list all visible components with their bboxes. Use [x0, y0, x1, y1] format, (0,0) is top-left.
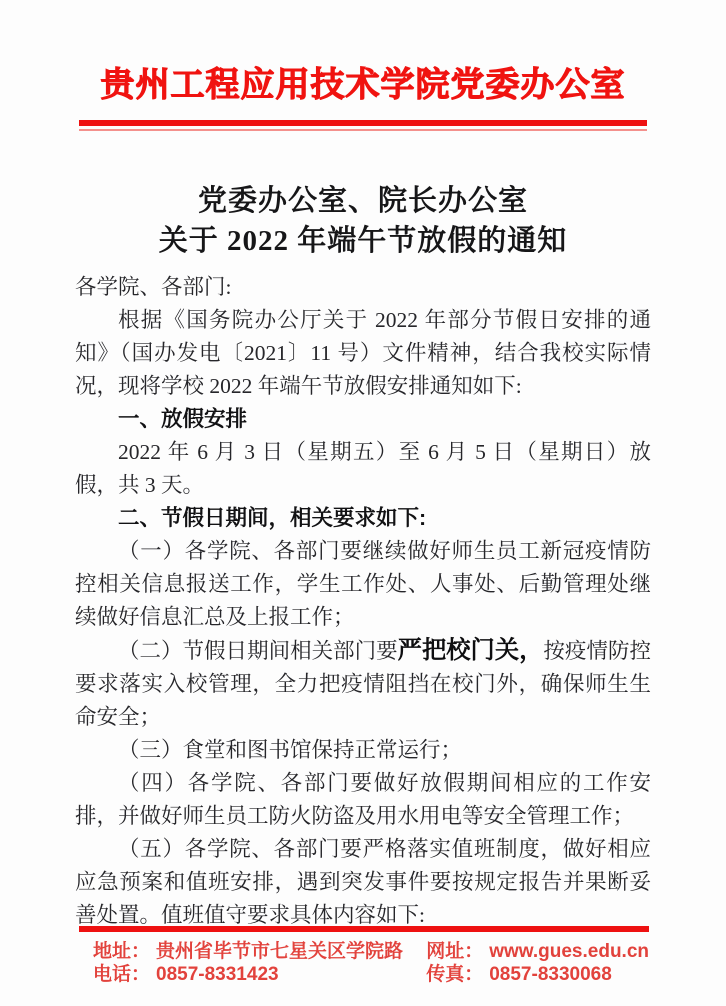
requirement-item-4: （四）各学院、各部门要做好放假期间相应的工作安排，并做好师生员工防火防盗及用水用… — [75, 767, 651, 833]
website-label: 网址： — [426, 941, 483, 962]
letterhead-divider — [79, 120, 647, 131]
section1-text: 2022 年 6 月 3 日（星期五）至 6 月 5 日（星期日）放假，共 3 … — [75, 436, 651, 502]
footer-address-row: 地址：贵州省毕节市七星关区学院路 — [93, 940, 416, 963]
letterhead: 贵州工程应用技术学院党委办公室 — [0, 62, 726, 131]
letterhead-divider-thin-line — [79, 129, 647, 131]
requirement-item-3: （三）食堂和图书馆保持正常运行； — [75, 734, 651, 767]
footer-phone-row: 电话：0857-8331423 — [93, 963, 416, 986]
footer-website-row: 网址：www.gues.edu.cn — [426, 940, 649, 963]
requirement-item-5: （五）各学院、各部门要严格落实值班制度，做好相应应急预案和值班安排，遇到突发事件… — [75, 833, 651, 932]
requirement-item-1: （一）各学院、各部门要继续做好师生员工新冠疫情防控相关信息报送工作，学生工作处、… — [75, 535, 651, 634]
phone-label: 电话： — [93, 964, 150, 985]
document-title: 党委办公室、院长办公室 关于 2022 年端午节放假的通知 — [0, 181, 726, 261]
footer-right-column: 网址：www.gues.edu.cn 传真：0857-8330068 — [426, 940, 649, 986]
document-title-line1: 党委办公室、院长办公室 — [0, 181, 726, 221]
phone-value: 0857-8331423 — [156, 964, 279, 985]
footer-left-column: 地址：贵州省毕节市七星关区学院路 电话：0857-8331423 — [93, 940, 416, 986]
intro-paragraph: 根据《国务院办公厅关于 2022 年部分节假日安排的通知》（国办发电〔2021〕… — [75, 304, 651, 403]
document-title-line2: 关于 2022 年端午节放假的通知 — [0, 221, 726, 261]
fax-value: 0857-8330068 — [489, 964, 612, 985]
footer-divider-line — [79, 926, 649, 932]
footer-contact-block: 地址：贵州省毕节市七星关区学院路 电话：0857-8331423 网址：www.… — [79, 940, 649, 986]
section2-heading: 二、节假日期间，相关要求如下: — [75, 502, 651, 535]
notice-body: 各学院、各部门: 根据《国务院办公厅关于 2022 年部分节假日安排的通知》（国… — [75, 271, 651, 932]
address-label: 地址： — [93, 941, 150, 962]
footer: 地址：贵州省毕节市七星关区学院路 电话：0857-8331423 网址：www.… — [79, 926, 649, 986]
requirement-item-2-prefix: （二）节假日期间相关部门要 — [118, 639, 398, 663]
website-value: www.gues.edu.cn — [489, 941, 649, 962]
salutation: 各学院、各部门: — [75, 271, 651, 304]
document-page: 贵州工程应用技术学院党委办公室 党委办公室、院长办公室 关于 2022 年端午节… — [0, 0, 726, 1006]
requirement-item-2: （二）节假日期间相关部门要严把校门关，按疫情防控要求落实入校管理，全力把疫情阻挡… — [75, 634, 651, 734]
footer-fax-row: 传真：0857-8330068 — [426, 963, 649, 986]
fax-label: 传真： — [426, 964, 483, 985]
address-value: 贵州省毕节市七星关区学院路 — [156, 941, 403, 962]
requirement-item-2-emphasis: 严把校门关， — [398, 637, 544, 664]
letterhead-divider-thick-line — [79, 120, 647, 126]
section1-heading: 一、放假安排 — [75, 403, 651, 436]
letterhead-org-name: 贵州工程应用技术学院党委办公室 — [0, 62, 726, 108]
